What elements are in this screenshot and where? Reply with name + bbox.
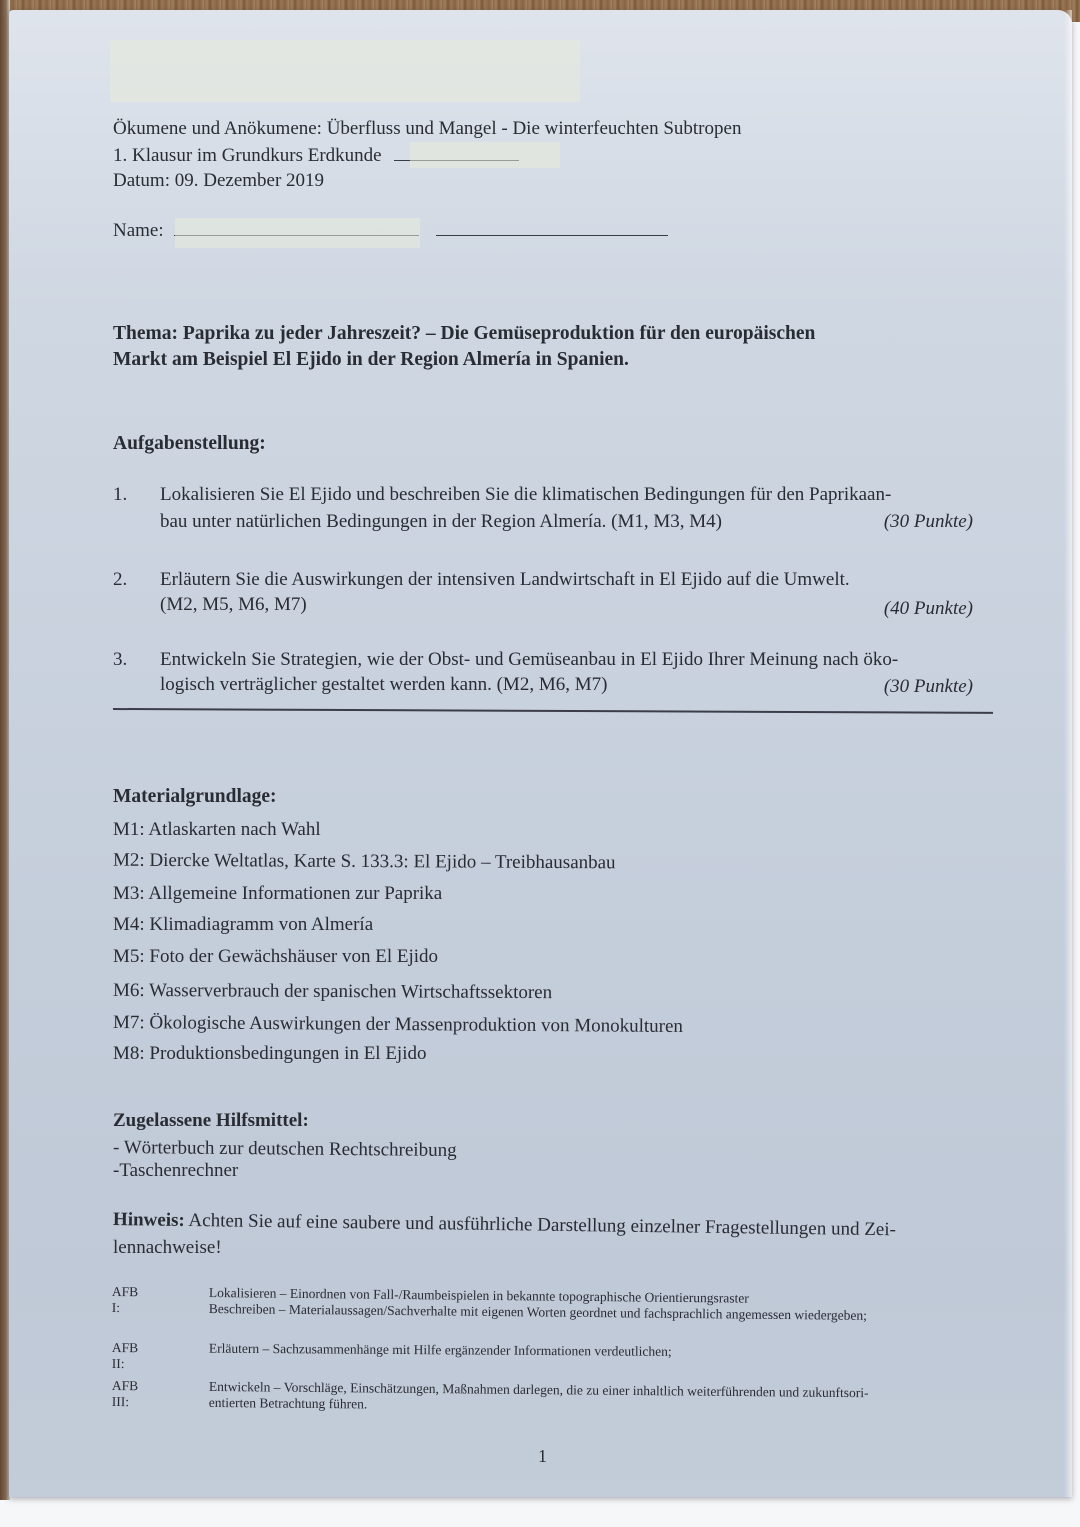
task-text-line-1: Erläutern Sie die Auswirkungen der inten… — [160, 567, 972, 592]
material-item: M5: Foto der Gewächshäuser von El Ejido — [113, 945, 438, 969]
afb-text-line: Erläutern – Sachzusammenhänge mit Hilfe … — [209, 1341, 672, 1360]
redacted-name — [175, 218, 420, 248]
task-points: (30 Punkte) — [884, 674, 973, 699]
afb-text-line: entierten Betrachtung führen. — [209, 1395, 368, 1413]
task-text-line-2: logisch verträglicher gestaltet werden k… — [160, 672, 972, 697]
note-label: Hinweis: — [113, 1209, 185, 1231]
course-title: Ökumene und Anökumene: Überfluss und Man… — [113, 117, 741, 141]
task-points: (30 Punkte) — [884, 509, 973, 534]
materials-heading: Materialgrundlage: — [113, 784, 277, 810]
topic-line-2: Markt am Beispiel El Ejido in der Region… — [113, 347, 629, 373]
page-number: 1 — [538, 1446, 547, 1467]
task-text-line-1: Entwickeln Sie Strategien, wie der Obst-… — [160, 647, 972, 672]
task-points: (40 Punkte) — [884, 596, 973, 621]
task-text-line-2: (M2, M5, M6, M7) — [160, 592, 972, 617]
task-number: 2. — [113, 567, 127, 592]
name-label: Name: — [113, 220, 164, 241]
aids-heading: Zugelassene Hilfsmittel: — [113, 1108, 309, 1134]
material-item: M2: Diercke Weltatlas, Karte S. 133.3: E… — [113, 849, 616, 876]
tasks-heading: Aufgabenstellung: — [113, 431, 266, 457]
task-text-line-2: bau unter natürlichen Bedingungen in der… — [160, 509, 972, 534]
afb-key: AFB II: — [112, 1340, 138, 1372]
material-item: M7: Ökologische Auswirkungen der Massenp… — [113, 1011, 683, 1039]
material-item: M4: Klimadiagramm von Almería — [113, 913, 373, 937]
material-item: M6: Wasserverbrauch der spanischen Wirts… — [113, 979, 552, 1005]
name-field-part2[interactable] — [436, 221, 668, 236]
redacted-course-code — [410, 142, 560, 168]
task-number: 3. — [113, 647, 127, 672]
topic-line-1: Thema: Paprika zu jeder Jahreszeit? – Di… — [113, 321, 815, 347]
material-item: M3: Allgemeine Informationen zur Paprika — [113, 882, 442, 906]
exam-line-text: 1. Klausur im Grundkurs Erdkunde — [113, 145, 382, 166]
task-number: 1. — [113, 482, 127, 507]
material-item: M8: Produktionsbedingungen in El Ejido — [113, 1042, 427, 1066]
note-line-2: lennachweise! — [113, 1236, 222, 1260]
aid-item: -Taschenrechner — [113, 1159, 238, 1183]
task-text-line-1: Lokalisieren Sie El Ejido und beschreibe… — [160, 482, 972, 507]
material-item: M1: Atlaskarten nach Wahl — [113, 818, 321, 842]
redacted-header-area — [110, 40, 580, 102]
date-line: Datum: 09. Dezember 2019 — [113, 169, 324, 193]
afb-key: AFB I: — [112, 1284, 139, 1316]
afb-key: AFB III: — [112, 1378, 139, 1410]
